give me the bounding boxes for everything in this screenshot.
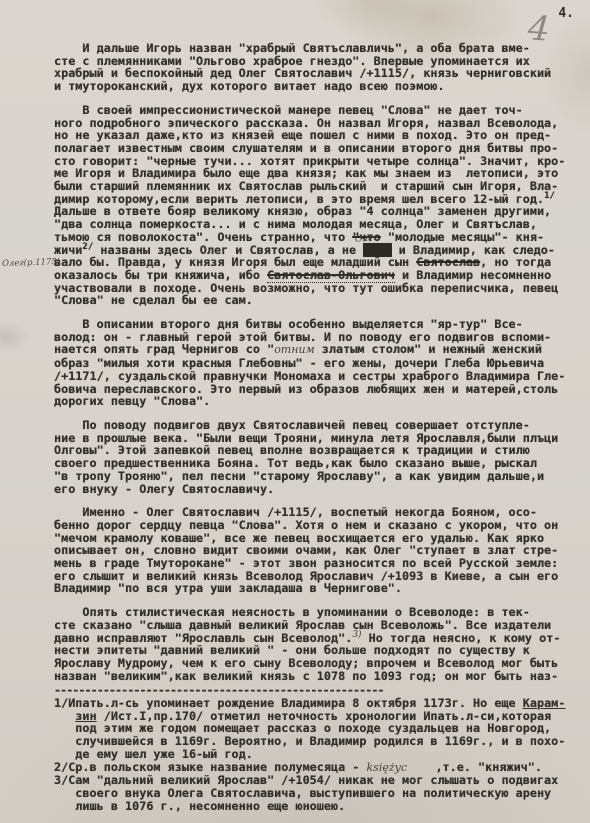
typed-text: дорогих певцу "Слова". (54, 394, 210, 408)
typed-page-number: 4. (558, 6, 574, 21)
typed-line: лишь в 1076 г., несомненно еще юношею. (54, 800, 574, 813)
paragraph-4: По поводу подвигов двух Святославичей пе… (54, 419, 574, 495)
typed-line: его внуку - Олегу Святославичу. (54, 483, 574, 496)
footnote-3: 3/Сам "дальний великий Ярослав" /+1054/ … (54, 774, 574, 812)
typed-line: Владимир "по вся утра уши закладаша в Че… (54, 582, 574, 595)
paragraph-2: В своей импрессионистической манере певе… (54, 104, 574, 307)
paragraph-3: В описании второго дня битвы особенно вы… (54, 318, 574, 408)
corrected-word: ████Олег (363, 243, 391, 257)
typed-line: 2/Ср.в польском языке название полумесяц… (54, 761, 574, 775)
footnote-reference: 2/ (82, 242, 93, 252)
typed-text: ,т.е. "княжич". (407, 760, 542, 774)
handwritten-correction: Олег (355, 232, 379, 246)
typed-line: и тмутороканский, дух которого витает на… (54, 80, 574, 93)
footnote-1: 1/Ипать.л-сь упоминает рождение Владимир… (54, 697, 574, 761)
typed-text: "Слова" не сделал бы ее сам. (54, 293, 253, 307)
typed-body: И дальше Игорь назван "храбрый Святъслав… (54, 42, 574, 812)
footnote-reference: 1/ (544, 191, 555, 201)
handwritten-footnote-reference: 3) (352, 630, 361, 640)
paragraph-1: И дальше Игорь назван "храбрый Святъслав… (54, 42, 574, 93)
scanned-page: 4 4. Олег(р.1175) И дальше Игорь назван … (0, 0, 590, 823)
typed-text: его внуку - Олегу Святославичу. (54, 482, 274, 496)
paragraph-6: Опять стилистическая неясность в упомина… (54, 606, 574, 682)
typed-text: и тмутороканский, дух которого витает на… (54, 79, 445, 93)
typed-text: 2/Ср.в польском языке название полумесяц… (54, 760, 367, 774)
handwritten-insertion: отним (274, 343, 315, 356)
handwritten-insertion: księżyc (367, 761, 408, 774)
typed-line: дорогих певцу "Слова". (54, 395, 574, 408)
typed-text: златым столом" и нежный женский (315, 342, 542, 356)
typed-line: назван "великим",как великий князь с 107… (54, 670, 574, 683)
typed-text: назван "великим",как великий князь с 107… (54, 669, 558, 683)
typed-line: "Слова" не сделал бы ее сам. (54, 294, 574, 307)
footnote-2: 2/Ср.в польском языке название полумесяц… (54, 761, 574, 775)
typed-text: лишь в 1076 г., несомненно еще юношею. (54, 799, 345, 813)
typed-text: Владимир "по вся утра уши закладаша в Че… (54, 581, 402, 595)
typed-text: нается опять град Чернигов со " (54, 342, 274, 356)
handwritten-margin-note: Олег(р.1175) (2, 257, 60, 269)
paragraph-5: Именно - Олег Святославич /+1115/, воспе… (54, 506, 574, 595)
